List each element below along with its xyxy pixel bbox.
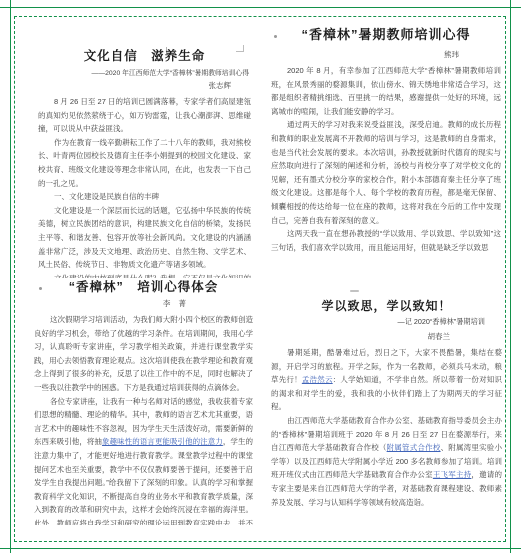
author-name: 胡春兰 <box>271 331 502 342</box>
hyperlink-text[interactable]: 附属管式合作校 <box>387 443 441 452</box>
scan-artifact-smudge <box>350 290 359 292</box>
page-body: 8 月 26 日至 27 日的培训已圆满落幕，专家学者们高屋建瓴的真知灼见依然萦… <box>38 95 251 278</box>
paragraph: 由江西师范大学基础教育合作办公室、基础教育指导委员会主办的“香樟林”暑期培训班于… <box>271 414 502 509</box>
page-subtitle: —记 2020“香樟林”暑期培训 <box>271 317 502 327</box>
page-body: 暑期延期，酷暑难过后，烈日之下，大家不畏酷暑，集结在婺源，开启学习的旅程。开学之… <box>271 346 502 511</box>
hyperlink-text[interactable]: 象趣味性的语言更能吸引他的注意力 <box>102 437 223 446</box>
frame-line-top <box>0 7 521 8</box>
page-title: “香樟林”暑期教师培训心得 <box>271 24 501 43</box>
frame-line-bottom <box>0 548 521 549</box>
text-run: 通过两天的学习对我来说受益匪浅，深受启迪。教师的成长历程和教师的职业发展离不开教… <box>271 120 501 224</box>
author-name: 张志辉 <box>38 80 251 91</box>
text-run: 8 月 26 日至 27 日的培训已圆满落幕，专家学者们高屋建瓴的真知灼见依然萦… <box>38 97 251 133</box>
hyperlink-text[interactable]: 孟浩然云 <box>302 375 333 384</box>
document-page-culture-confidence: 文化自信 滋养生命 ——2020 年江西师范大学“香樟林”暑期教师培训心得 张志… <box>38 46 251 278</box>
paragraph: 2020 年 8 月，有幸参加了江西师范大学“香樟林”暑期教师培训班，在风景秀丽… <box>271 64 501 118</box>
text-run: 这次假期学习培训活动，为我们师大附小四个校区的教师创造良好的学习机会，带给了优越… <box>34 315 253 392</box>
paragraph: 8 月 26 日至 27 日的培训已圆满落幕，专家学者们高屋建瓴的真知灼见依然萦… <box>38 95 251 136</box>
paragraph: 文化建设是一个深层而长远的话题，它弘扬中华民族的传统美德，树立民族团结的意识，构… <box>38 204 251 272</box>
document-page-learning-reflection-huchunlan: 学以致思，学以致知！ —记 2020“香樟林”暑期培训 胡春兰 暑期延期，酷暑难… <box>271 297 502 511</box>
page-title: 文化自信 滋养生命 <box>38 46 251 64</box>
text-run: ，学生的注意力集中了，才能更好地进行教育教学。课堂教学过程中的课堂提问艺术也至关… <box>34 437 253 525</box>
paragraph: 一、文化建设是民族自信的丰碑 <box>38 190 251 204</box>
frame-line-left <box>10 0 11 553</box>
frame-line-right <box>510 0 511 553</box>
text-run: 文化建设是一个深层而长远的话题，它弘扬中华民族的传统美德，树立民族团结的意识，构… <box>38 206 251 269</box>
hyperlink-text[interactable]: 王飞军主持 <box>433 470 472 479</box>
page-title: 学以致思，学以致知！ <box>271 297 502 314</box>
paragraph: 通过两天的学习对我来说受益匪浅，深受启迪。教师的成长历程和教师的职业发展离不开教… <box>271 118 501 227</box>
document-page-training-experience-lijing: “香樟林” 培训心得体会 李 菁 这次假期学习培训活动，为我们师大附小四个校区的… <box>34 277 253 525</box>
text-run: 这两天我一直在想孙教授的“学以致用、学以致思、学以致知”这三句话，我们喜欢学以致… <box>271 229 501 252</box>
page-body: 2020 年 8 月，有幸参加了江西师范大学“香樟林”暑期教师培训班，在风景秀丽… <box>271 64 501 254</box>
text-run: 一、文化建设是民族自信的丰碑 <box>54 192 159 201</box>
page-body: 这次假期学习培训活动，为我们师大附小四个校区的教师创造良好的学习机会，带给了优越… <box>34 313 253 525</box>
text-run: 作为在教育一线辛勤耕耘工作了二十八年的教师，我对熊校长、叶青两位园校长及德育主任… <box>38 138 251 188</box>
text-run: 2020 年 8 月，有幸参加了江西师范大学“香樟林”暑期教师培训班，在风景秀丽… <box>271 66 501 116</box>
scan-preview-canvas: 文化自信 滋养生命 ——2020 年江西师范大学“香樟林”暑期教师培训心得 张志… <box>0 0 527 559</box>
paragraph: 这两天我一直在想孙教授的“学以致用、学以致思、学以致知”这三句话，我们喜欢学以致… <box>271 227 501 254</box>
paragraph: 各位专家讲座，让我有一种与名师对话的感觉，我收获着专家们思想的精髓、理论的精华。… <box>34 395 253 525</box>
paragraph: 暑期延期，酷暑难过后，烈日之下，大家不畏酷暑，集结在婺源，开启学习的旅程。开学之… <box>271 346 502 414</box>
paragraph: 首先第一天的学习是江西师范大学基础教育研究院院长孙锦明基于现实追根溯源的反思，给… <box>271 509 502 511</box>
author-name: 李 菁 <box>34 298 253 309</box>
author-name: 熊玮 <box>271 49 501 60</box>
page-subtitle: ——2020 年江西师范大学“香樟林”暑期教师培训心得 <box>38 67 251 77</box>
paragraph: 作为在教育一线辛勤耕耘工作了二十八年的教师，我对熊校长、叶青两位园校长及德育主任… <box>38 136 251 190</box>
page-title: “香樟林” 培训心得体会 <box>34 277 253 295</box>
paragraph: 这次假期学习培训活动，为我们师大附小四个校区的教师创造良好的学习机会，带给了优越… <box>34 313 253 395</box>
document-page-training-notes-xiongwei: “香樟林”暑期教师培训心得 熊玮 2020 年 8 月，有幸参加了江西师范大学“… <box>271 24 501 276</box>
